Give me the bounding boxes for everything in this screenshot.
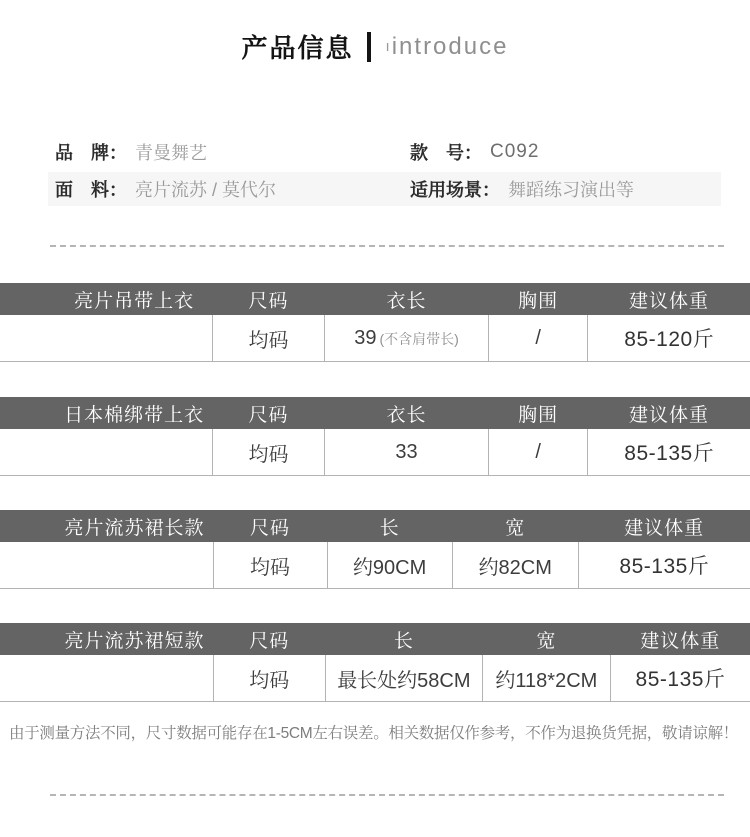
product-attributes: 品 牌： 青曼舞艺 款 号： C092 面 料： 亮片流苏 / 莫代尔 适用场景… (0, 135, 750, 209)
col-header-bust: 胸围 (488, 283, 588, 315)
brand-value: 青曼舞艺 (135, 139, 207, 165)
cell-empty (0, 315, 212, 362)
dashed-divider-top (50, 245, 724, 247)
cell-size: 均码 (212, 315, 325, 362)
col-header-size: 尺码 (213, 623, 326, 655)
attribute-row-fabric-scene: 面 料： 亮片流苏 / 莫代尔 适用场景： 舞蹈练习演出等 (48, 172, 721, 206)
col-header-weight: 建议体重 (588, 283, 750, 315)
cell-size: 均码 (213, 655, 326, 702)
cell-length: 约90CM (327, 542, 452, 589)
cell-bust: / (488, 429, 588, 476)
cell-length: 39(不含肩带长) (325, 315, 488, 362)
page-title: 产品信息 ı introduce (0, 28, 750, 65)
size-table-cotton-strap-top: 日本棉绑带上衣 尺码 衣长 胸围 建议体重 均码 33 / 85-135斤 (0, 397, 750, 476)
brand-label: 品 牌： (55, 139, 127, 165)
table-product-name: 亮片流苏裙长款 (0, 510, 213, 542)
size-table-sequin-cami-top: 亮片吊带上衣 尺码 衣长 胸围 建议体重 均码 39(不含肩带长) / 85-1… (0, 283, 750, 362)
cell-length: 33 (325, 429, 488, 476)
cell-width: 约82CM (452, 542, 578, 589)
attribute-row-brand-style: 品 牌： 青曼舞艺 款 号： C092 (48, 135, 721, 169)
cell-weight: 85-135斤 (588, 429, 750, 476)
title-en-prefix: ı (386, 38, 390, 55)
col-header-length: 长 (327, 510, 452, 542)
cell-bust: / (488, 315, 588, 362)
col-header-size: 尺码 (213, 510, 327, 542)
cell-empty (0, 655, 213, 702)
col-header-width: 宽 (482, 623, 610, 655)
fabric-value: 亮片流苏 / 莫代尔 (135, 176, 276, 202)
cell-size: 均码 (213, 542, 327, 589)
cell-weight: 85-135斤 (578, 542, 750, 589)
cell-empty (0, 542, 213, 589)
style-number-label: 款 号： (410, 139, 482, 165)
cell-size: 均码 (212, 429, 325, 476)
col-header-length: 衣长 (325, 397, 488, 429)
fabric-label: 面 料： (55, 176, 127, 202)
length-note: (不含肩带长) (379, 331, 458, 347)
cell-length: 最长处约58CM (326, 655, 483, 702)
table-header-row: 亮片吊带上衣 尺码 衣长 胸围 建议体重 (0, 283, 750, 315)
col-header-weight: 建议体重 (588, 397, 750, 429)
style-number-cell: 款 号： C092 (410, 139, 721, 165)
scene-value: 舞蹈练习演出等 (508, 176, 634, 202)
length-value: 39 (354, 327, 376, 349)
table-data-row: 均码 39(不含肩带长) / 85-120斤 (0, 315, 750, 362)
size-table-fringe-skirt-short: 亮片流苏裙短款 尺码 长 宽 建议体重 均码 最长处约58CM 约118*2CM… (0, 623, 750, 702)
scene-label: 适用场景： (410, 176, 500, 202)
table-product-name: 日本棉绑带上衣 (0, 397, 212, 429)
col-header-weight: 建议体重 (611, 623, 750, 655)
brand-cell: 品 牌： 青曼舞艺 (48, 139, 410, 165)
col-header-size: 尺码 (212, 397, 325, 429)
size-table-fringe-skirt-long: 亮片流苏裙长款 尺码 长 宽 建议体重 均码 约90CM 约82CM 85-13… (0, 510, 750, 589)
style-number-value: C092 (490, 141, 539, 163)
cell-width: 约118*2CM (482, 655, 610, 702)
title-divider (367, 32, 371, 62)
table-header-row: 亮片流苏裙短款 尺码 长 宽 建议体重 (0, 623, 750, 655)
dashed-divider-bottom (50, 794, 724, 796)
cell-weight: 85-120斤 (588, 315, 750, 362)
table-header-row: 亮片流苏裙长款 尺码 长 宽 建议体重 (0, 510, 750, 542)
table-product-name: 亮片吊带上衣 (0, 283, 212, 315)
cell-weight: 85-135斤 (611, 655, 750, 702)
col-header-width: 宽 (452, 510, 578, 542)
measurement-disclaimer: 由于测量方法不同，尺寸数据可能存在1-5CM左右误差。相关数据仅作参考，不作为退… (9, 724, 746, 744)
table-product-name: 亮片流苏裙短款 (0, 623, 213, 655)
cell-empty (0, 429, 212, 476)
product-info-page: 产品信息 ı introduce 品 牌： 青曼舞艺 款 号： C092 面 料… (0, 0, 750, 837)
table-data-row: 均码 33 / 85-135斤 (0, 429, 750, 476)
table-data-row: 均码 最长处约58CM 约118*2CM 85-135斤 (0, 655, 750, 702)
fabric-cell: 面 料： 亮片流苏 / 莫代尔 (48, 176, 410, 202)
page-title-cn: 产品信息 (242, 28, 354, 65)
table-data-row: 均码 约90CM 约82CM 85-135斤 (0, 542, 750, 589)
table-header-row: 日本棉绑带上衣 尺码 衣长 胸围 建议体重 (0, 397, 750, 429)
page-title-en: introduce (392, 33, 509, 61)
col-header-bust: 胸围 (488, 397, 588, 429)
col-header-weight: 建议体重 (578, 510, 750, 542)
col-header-size: 尺码 (212, 283, 325, 315)
col-header-length: 衣长 (325, 283, 488, 315)
scene-cell: 适用场景： 舞蹈练习演出等 (410, 176, 721, 202)
col-header-length: 长 (326, 623, 483, 655)
